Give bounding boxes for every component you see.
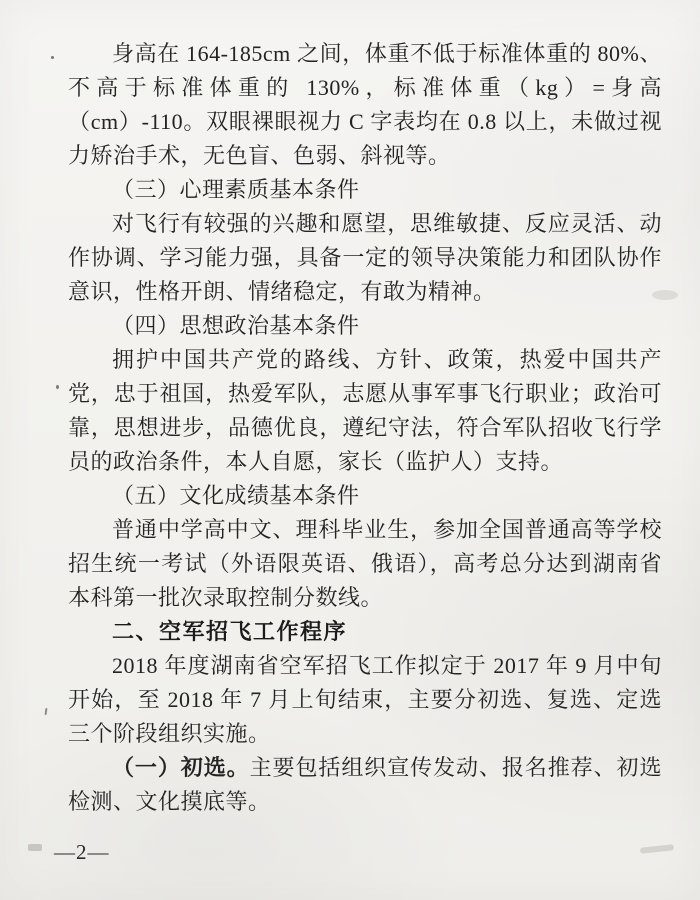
paragraph: 拥护中国共产党的路线、方针、政策，热爱中国共产党，忠于祖国，热爱军队，志愿从事军… bbox=[68, 343, 662, 479]
scan-speck bbox=[28, 844, 42, 851]
scan-speck bbox=[51, 56, 54, 59]
paragraph: 身高在 164-185cm 之间，体重不低于标准体重的 80%、不高于标准体重的… bbox=[68, 37, 662, 173]
scan-speck bbox=[652, 290, 678, 300]
paragraph: 对飞行有较强的兴趣和愿望，思维敏捷、反应灵活、动作协调、学习能力强，具备一定的领… bbox=[68, 207, 662, 309]
section-heading: （三）心理素质基本条件 bbox=[68, 173, 662, 207]
scan-speck bbox=[56, 385, 59, 389]
paragraph: （一）初选。主要包括组织宣传发动、报名推荐、初选检测、文化摸底等。 bbox=[68, 751, 662, 819]
page-number: —2— bbox=[54, 840, 110, 865]
section-heading: （四）思想政治基本条件 bbox=[68, 309, 662, 343]
paragraph-lead: （一）初选。 bbox=[112, 755, 250, 780]
paragraph: 2018 年度湖南省空军招飞工作拟定于 2017 年 9 月中旬开始，至 201… bbox=[68, 649, 662, 751]
section-heading: （五）文化成绩基本条件 bbox=[68, 479, 662, 513]
scan-speck bbox=[640, 844, 674, 854]
scanned-document-page: 身高在 164-185cm 之间，体重不低于标准体重的 80%、不高于标准体重的… bbox=[0, 0, 700, 900]
scan-speck bbox=[45, 708, 48, 715]
section-heading: 二、空军招飞工作程序 bbox=[68, 615, 662, 649]
paragraph: 普通中学高中文、理科毕业生，参加全国普通高等学校招生统一考试（外语限英语、俄语）… bbox=[68, 513, 662, 615]
document-body: 身高在 164-185cm 之间，体重不低于标准体重的 80%、不高于标准体重的… bbox=[68, 37, 662, 819]
